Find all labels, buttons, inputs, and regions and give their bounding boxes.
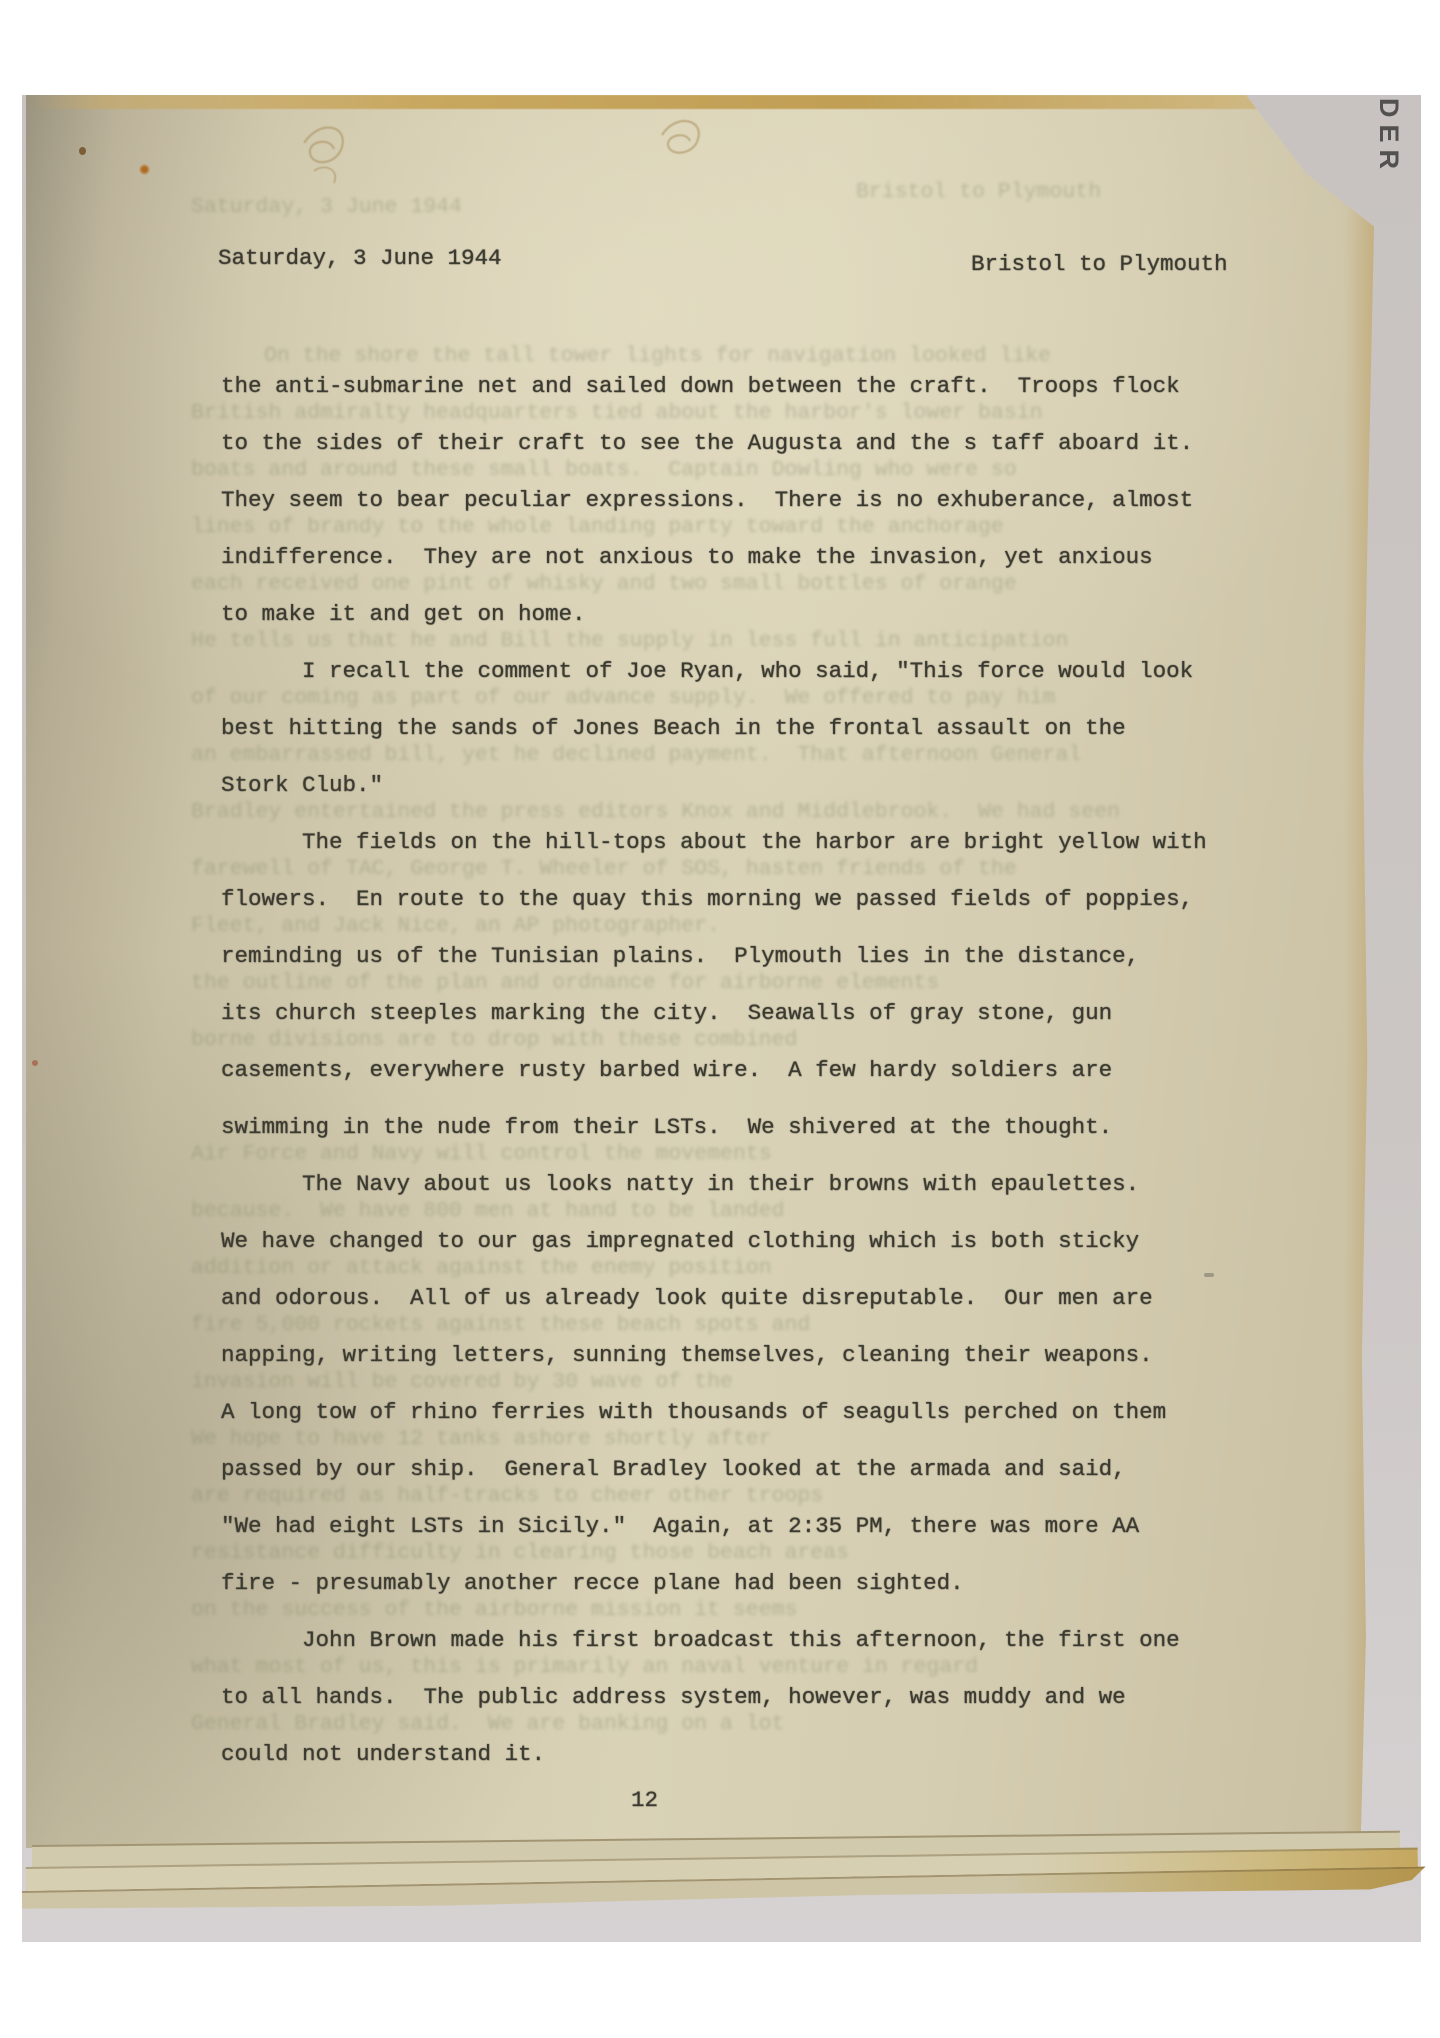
typed-line: "We had eight LSTs in Sicily." Again, at… <box>221 1513 1207 1570</box>
typed-line: Stork Club." <box>221 772 1207 829</box>
typed-line: indifference. They are not anxious to ma… <box>221 544 1207 601</box>
typed-line: to the sides of their craft to see the A… <box>221 430 1207 487</box>
typed-line: casements, everywhere rusty barbed wire.… <box>221 1057 1207 1114</box>
typed-line: and odorous. All of us already look quit… <box>221 1285 1207 1342</box>
typed-line: I recall the comment of Joe Ryan, who sa… <box>221 658 1207 715</box>
typed-line: to make it and get on home. <box>221 601 1207 658</box>
scanned-diary-page: DER Bristol to PlymouthSaturday, 3 June … <box>0 0 1440 2038</box>
typed-line: flowers. En route to the quay this morni… <box>221 886 1207 943</box>
bleedthrough-line: On the shore the tall tower lights for n… <box>264 344 1051 368</box>
bleedthrough-line: Bristol to Plymouth <box>856 180 1101 204</box>
typed-line: A long tow of rhino ferries with thousan… <box>221 1399 1207 1456</box>
typed-line: John Brown made his first broadcast this… <box>221 1627 1207 1684</box>
entry-route: Bristol to Plymouth <box>971 251 1228 277</box>
typed-line: They seem to bear peculiar expressions. … <box>221 487 1207 544</box>
typed-line: The Navy about us looks natty in their b… <box>221 1171 1207 1228</box>
typed-line: its church steeples marking the city. Se… <box>221 1000 1207 1057</box>
typed-line: We have changed to our gas impregnated c… <box>221 1228 1207 1285</box>
typed-line: reminding us of the Tunisian plains. Ply… <box>221 943 1207 1000</box>
typed-line: fire - presumably another recce plane ha… <box>221 1570 1207 1627</box>
page-number: 12 <box>631 1787 658 1813</box>
typed-line: passed by our ship. General Bradley look… <box>221 1456 1207 1513</box>
typed-line: best hitting the sands of Jones Beach in… <box>221 715 1207 772</box>
entry-date: Saturday, 3 June 1944 <box>218 245 502 271</box>
photo-area: DER Bristol to PlymouthSaturday, 3 June … <box>22 95 1421 1942</box>
bleedthrough-line: Saturday, 3 June 1944 <box>191 195 462 219</box>
typed-line: to all hands. The public address system,… <box>221 1684 1207 1741</box>
folder-tab-label: DER <box>1343 102 1435 172</box>
typed-line: the anti-submarine net and sailed down b… <box>221 373 1207 430</box>
typed-line: swimming in the nude from their LSTs. We… <box>221 1114 1207 1171</box>
typed-line: napping, writing letters, sunning themse… <box>221 1342 1207 1399</box>
typed-lines: the anti-submarine net and sailed down b… <box>221 373 1207 1798</box>
document-paper: Bristol to PlymouthSaturday, 3 June 1944… <box>26 95 1374 1848</box>
typed-line: could not understand it. <box>221 1741 1207 1798</box>
typed-line: The fields on the hill-tops about the ha… <box>221 829 1207 886</box>
